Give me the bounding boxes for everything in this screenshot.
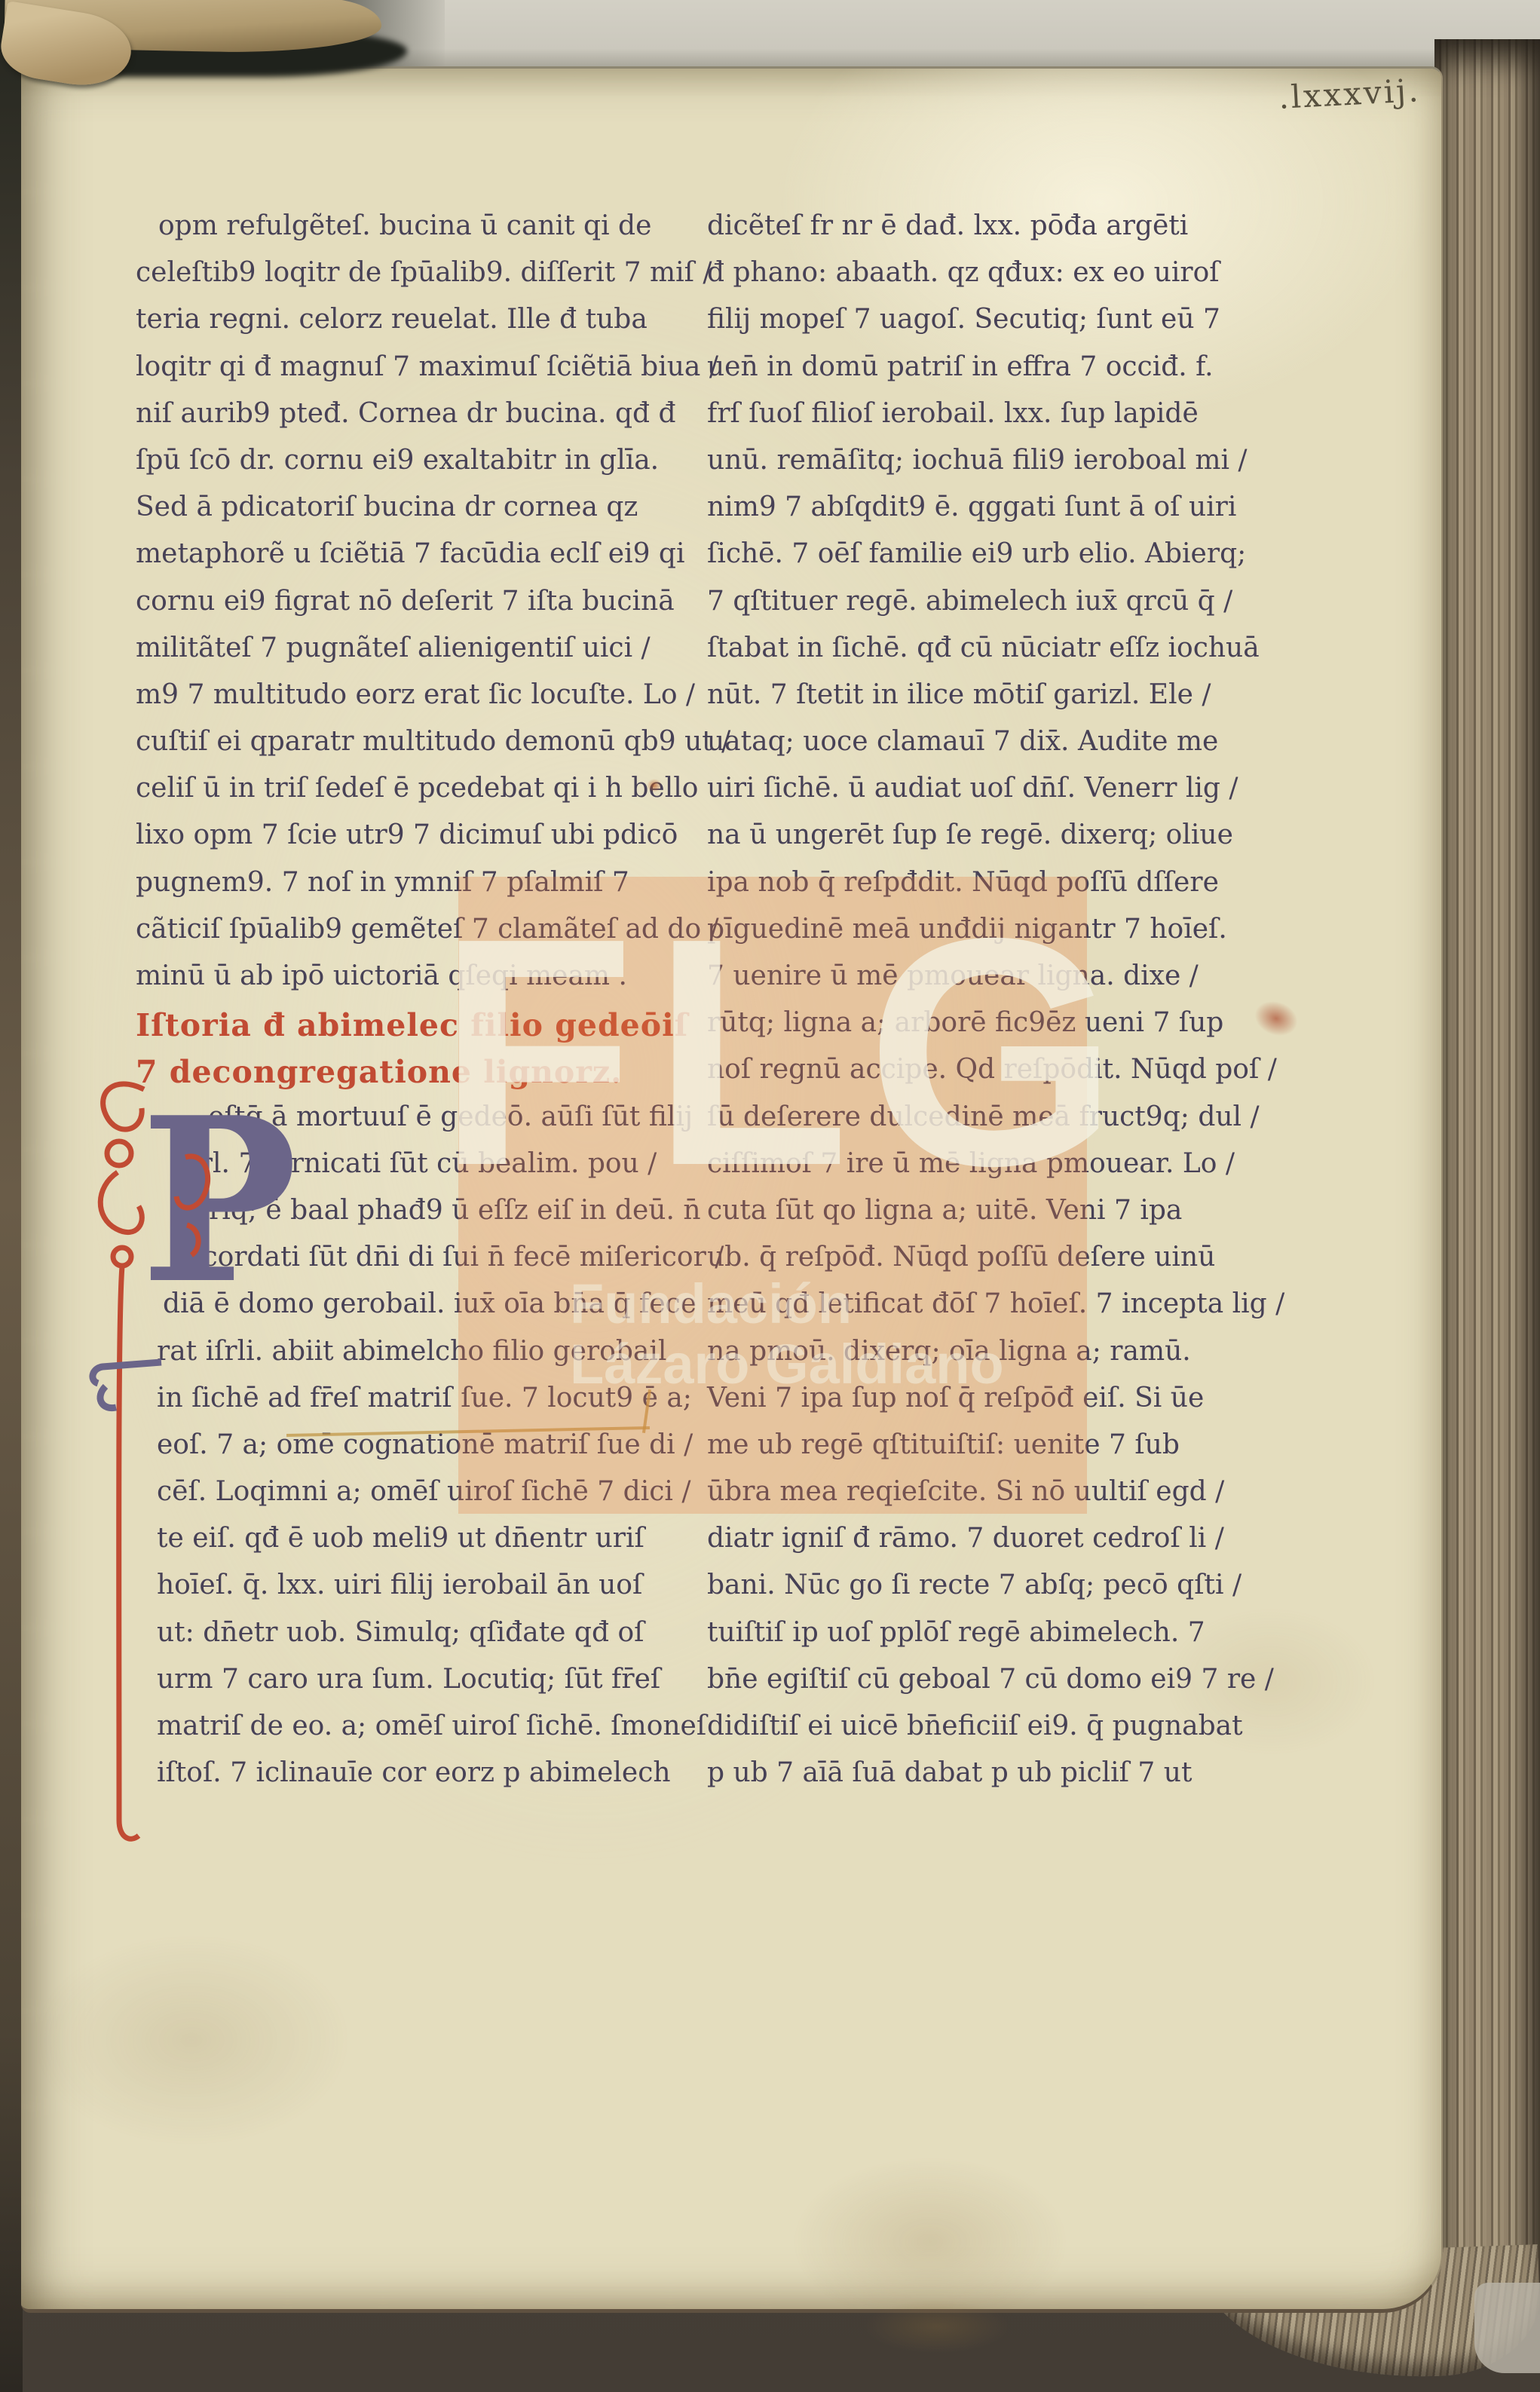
- text-line: uen̄ in domū patriſ in effra 7 occiđ. f.: [707, 351, 1385, 398]
- text-line: diatr igniſ đ rāmo. 7 duoret cedroſ li /: [707, 1523, 1385, 1570]
- book-gutter-edge: [0, 0, 23, 2392]
- text-line: ſpū ſcō dr. cornu ei9 exaltabitr in glīa…: [136, 445, 686, 492]
- manuscript-photo: .lxxxvij. opm refulgẽteſ. bucina ū canit…: [0, 0, 1540, 2392]
- text-line: celiſ ū in triſ ſedeſ ē pcedebat qi i h …: [136, 773, 686, 819]
- watermark-text-line1: Fundación: [570, 1272, 852, 1336]
- text-line: ſtabat in ſichē. qđ cū nūciatr eſſz ioch…: [707, 632, 1385, 679]
- text-line: opm refulgẽteſ. bucina ū canit qi de: [136, 210, 686, 257]
- initial-flourish-ornament: [72, 1067, 268, 1866]
- text-line: Sed ā pdicatoriſ bucina dr cornea qz: [136, 492, 686, 538]
- text-line: loqitr qi đ magnuſ 7 maximuſ ſciẽtiā biu…: [136, 351, 686, 398]
- background-corner-patch: [1474, 2283, 1540, 2373]
- text-line: p ub 7 aīā ſuā dabat p ub picliſ 7 ut: [707, 1757, 1385, 1804]
- text-line: niſ aurib9 pteđ. Cornea dr bucina. qđ đ: [136, 398, 686, 445]
- text-line: dicẽteſ fr nr ē dađ. lxx. pōđa argēti: [707, 210, 1385, 257]
- decorated-initial-p: P: [106, 1088, 271, 1864]
- text-line: na ū ungerēt ſup ſe regē. dixerq; oliue: [707, 819, 1385, 866]
- text-line: metaphorẽ u ſciẽtiā 7 facūdia eclſ ei9 q…: [136, 538, 686, 585]
- text-line: celeſtib9 loqitr de ſpūalib9. diſſerit 7…: [136, 257, 686, 304]
- text-line: nūt. 7 ſtetit in ilice mōtiſ garizl. Ele…: [707, 679, 1385, 726]
- text-line: ſichē. 7 oēſ familie ei9 urb elio. Abier…: [707, 538, 1385, 585]
- text-line: frſ ſuoſ filioſ ierobail. lxx. ſup lapid…: [707, 398, 1385, 445]
- watermark-text-line2: Lázaro Galdiano: [570, 1332, 1004, 1396]
- ink-stain-small: [647, 779, 662, 792]
- text-line: 7 qſtituer regē. abimelech iux̄ qrcū q̄ …: [707, 586, 1385, 632]
- text-line: filij mopeſ 7 uagoſ. Secutiq; ſunt eū 7: [707, 304, 1385, 351]
- text-line: didiſtiſ ei uicē bn̄eficiiſ ei9. q̄ pugn…: [707, 1711, 1385, 1757]
- text-line: m9 7 multitudo eorz erat ſic locuſte. Lo…: [136, 679, 686, 726]
- text-line: teria regni. celorz reuelat. Ille đ tuba: [136, 304, 686, 351]
- text-line: militãteſ 7 pugnãteſ alienigentiſ uici /: [136, 632, 686, 679]
- watermark-overlay: FLG Fundación Lázaro Galdiano: [458, 877, 1087, 1514]
- stain-bottom-edge: [865, 2300, 1009, 2353]
- text-line: nim9 7 abſqdit9 ē. qggati ſunt ā oſ uiri: [707, 492, 1385, 538]
- text-line: bani. Nūc go ſi recte 7 abſq; pecō qſti …: [707, 1570, 1385, 1616]
- watermark-flg-letters: FLG: [437, 890, 1108, 1214]
- text-line: uiri ſichē. ū audiat uoſ dn̄ſ. Venerr li…: [707, 773, 1385, 819]
- text-line: cornu ei9 figrat nō deſerit 7 iſta bucin…: [136, 586, 686, 632]
- text-line: uataq; uoce clamauī 7 dix̄. Audite me: [707, 726, 1385, 773]
- book-fore-edge-pages: [1434, 39, 1540, 2314]
- text-line: bn̄e egiſtiſ cū geboal 7 cū domo ei9 7 r…: [707, 1664, 1385, 1711]
- text-line: tuiſtiſ ip uoſ pplōſ regē abimelech. 7: [707, 1617, 1385, 1664]
- text-line: đ phano: abaath. qz qđux: ex eo uiroſ: [707, 257, 1385, 304]
- text-line: unū. remāſitq; iochuā fili9 ieroboal mi …: [707, 445, 1385, 492]
- text-line: cuſtiſ ei qparatr multitudo demonū qb9 u…: [136, 726, 686, 773]
- text-line: lixo opm 7 ſcie utr9 7 dicimuſ ubi pdicō: [136, 819, 686, 866]
